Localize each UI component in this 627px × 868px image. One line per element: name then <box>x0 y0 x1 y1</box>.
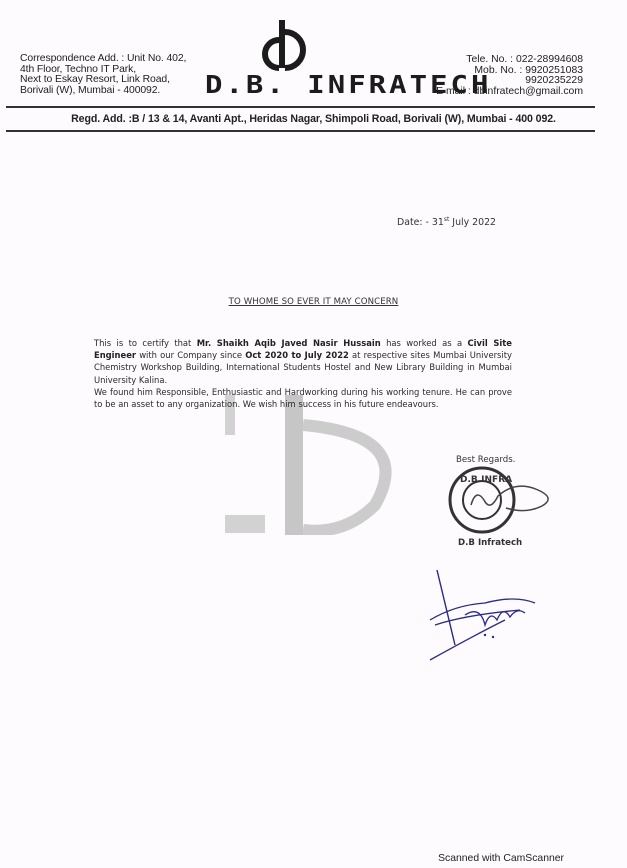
db-watermark-icon <box>225 395 415 535</box>
contact-details: Tele. No. : 022-28994608 Mob. No. : 9920… <box>436 55 583 97</box>
db-monogram-icon <box>248 18 318 72</box>
header-divider <box>6 130 595 132</box>
letter-date: Date: - 31st July 2022 <box>397 216 496 228</box>
address-line: Correspondence Add. : Unit No. 402, <box>20 54 186 65</box>
letter-body: This is to certify that Mr. Shaikh Aqib … <box>94 337 512 410</box>
mobile-alt: 9920235229 <box>436 76 583 87</box>
address-line: Borivali (W), Mumbai - 400092. <box>20 86 186 97</box>
email: E mail : dbinfratech@gmail.com <box>436 87 583 98</box>
svg-text:D.B.INFRA: D.B.INFRA <box>460 475 512 485</box>
letter-subject: TO WHOME SO EVER IT MAY CONCERN <box>0 297 627 307</box>
phone: Tele. No. : 022-28994608 <box>436 55 583 66</box>
registered-address: Regd. Add. :B / 13 & 14, Avanti Apt., He… <box>0 113 627 125</box>
header-divider <box>6 106 595 108</box>
correspondence-address: Correspondence Add. : Unit No. 402, 4th … <box>20 54 186 96</box>
company-seal-icon: D.B.INFRA <box>446 460 566 540</box>
signatory-name: D.B Infratech <box>458 538 522 548</box>
handwritten-signature-icon <box>425 565 565 665</box>
address-line: Next to Eskay Resort, Link Road, <box>20 75 186 86</box>
camscanner-watermark: Scanned with CamScanner <box>438 853 564 864</box>
